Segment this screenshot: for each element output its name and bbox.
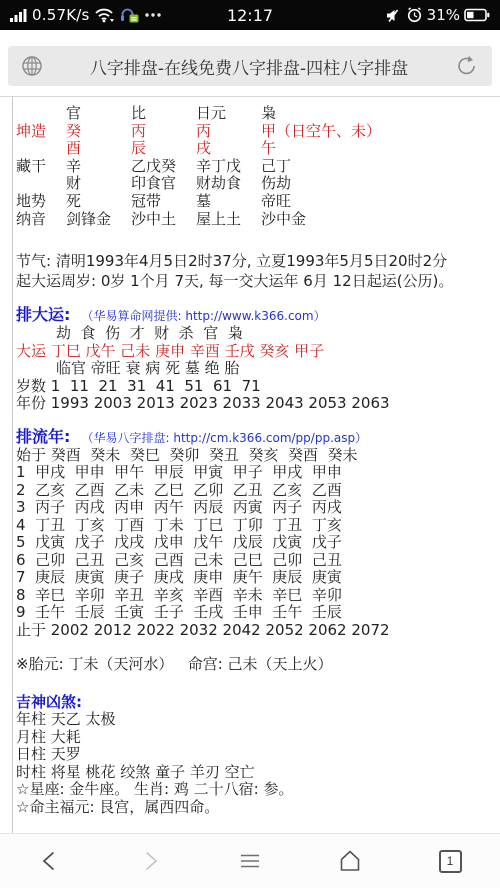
dayun-source-link[interactable]: （华易算命网提供: http://www.k366.com） <box>82 309 326 323</box>
battery-icon <box>464 8 490 22</box>
globe-icon <box>20 54 44 78</box>
pillar-row-label: 藏干 <box>16 158 66 176</box>
pillar-cell: 日元 <box>196 105 261 123</box>
status-bar: 0.57K/s 12:17 <box>0 0 500 30</box>
menu-button[interactable] <box>200 834 300 888</box>
pillar-cell: 财劫食 <box>196 175 261 193</box>
pillar-cell: 午 <box>261 140 381 158</box>
pillar-row: 官比日元枭 <box>16 105 381 123</box>
battery-percent: 31% <box>427 6 460 24</box>
dayun-heading-row: 排大运: （华易算命网提供: http://www.k366.com） <box>16 305 500 325</box>
dayun-table: 劫 食 伤 才 财 杀 官 枭大运 丁巳 戊午 己未 庚申 辛酉 壬戌 癸亥 甲… <box>16 325 500 413</box>
home-icon <box>335 846 365 876</box>
pillar-row: 纳音剑锋金沙中土屋上土沙中金 <box>16 211 381 229</box>
pillar-row-label: 地势 <box>16 193 66 211</box>
bottom-nav-bar: 1 <box>0 833 500 888</box>
pillar-cell: 墓 <box>196 193 261 211</box>
address-bar[interactable]: 八字排盘-在线免费八字排盘-四柱八字排盘 <box>8 46 492 86</box>
network-speed: 0.57K/s <box>32 6 90 24</box>
pillar-row-label <box>16 105 66 123</box>
pillar-cell: 官 <box>66 105 131 123</box>
liunian-row: 6 己卯 己丑 己亥 己酉 己未 己巳 己卯 己丑 <box>16 552 500 570</box>
liunian-table: 始于 癸酉 癸未 癸巳 癸卯 癸丑 癸亥 癸酉 癸未1 甲戌 甲申 甲午 甲辰 … <box>16 447 500 640</box>
dayun-age-row: 岁数 1 11 21 31 41 51 61 71 <box>16 378 500 396</box>
liunian-end-row: 止于 2002 2012 2022 2032 2042 2052 2062 20… <box>16 622 500 640</box>
pillar-cell: 伤劫 <box>261 175 381 193</box>
liunian-heading-row: 排流年: （华易八字排盘: http://cm.k366.com/pp/pp.a… <box>16 427 500 447</box>
jishen-line: ☆星座: 金牛座。 生肖: 鸡 二十八宿: 参。 <box>16 781 500 799</box>
signal-icon <box>10 8 27 22</box>
pillar-row: 藏干辛乙戊癸辛丁戊己丁 <box>16 158 381 176</box>
pillar-cell: 己丁 <box>261 158 381 176</box>
liunian-row: 7 庚辰 庚寅 庚子 庚戌 庚申 庚午 庚辰 庚寅 <box>16 569 500 587</box>
mute-icon <box>385 8 402 23</box>
pillar-row: 地势死冠带墓帝旺 <box>16 193 381 211</box>
clock-time: 12:17 <box>227 6 273 25</box>
pillar-table: 官比日元枭坤造癸丙丙甲（日空午、未）酉辰戌午藏干辛乙戊癸辛丁戊己丁财印食官财劫食… <box>16 105 381 228</box>
jishen-heading: 吉神凶煞: <box>16 693 500 711</box>
dayun-year-row: 年份 1993 2003 2013 2023 2033 2043 2053 20… <box>16 395 500 413</box>
pillar-cell: 比 <box>131 105 196 123</box>
pillar-cell: 沙中金 <box>261 211 381 229</box>
back-icon <box>35 846 65 876</box>
pillar-cell: 沙中土 <box>131 211 196 229</box>
pillar-cell: 酉 <box>66 140 131 158</box>
pillar-cell: 甲（日空午、未） <box>261 123 381 141</box>
pillar-row: 财印食官财劫食伤劫 <box>16 175 381 193</box>
pillar-cell: 辛丁戊 <box>196 158 261 176</box>
dayun-start-line: 起大运周岁: 0岁 1个月 7天, 每一交大运年 6月 12日起运(公历)。 <box>16 271 500 291</box>
liunian-row: 4 丁丑 丁亥 丁酉 丁未 丁巳 丁卯 丁丑 丁亥 <box>16 517 500 535</box>
more-dots-icon <box>144 12 162 18</box>
pillar-row-label <box>16 140 66 158</box>
pillar-cell: 印食官 <box>131 175 196 193</box>
jishen-line: 日柱 天罗 <box>16 746 500 764</box>
pillar-row-label <box>16 175 66 193</box>
pillar-cell: 帝旺 <box>261 193 381 211</box>
dayun-gods-row: 劫 食 伤 才 财 杀 官 枭 <box>16 325 500 343</box>
liunian-row: 9 壬午 壬辰 壬寅 壬子 壬戌 壬申 壬午 壬辰 <box>16 604 500 622</box>
status-right-group: 31% <box>385 6 490 24</box>
jieqi-block: 节气: 清明1993年4月5日2时37分, 立夏1993年5月5日20时2分 起… <box>16 251 500 291</box>
jieqi-line: 节气: 清明1993年4月5日2时37分, 立夏1993年5月5日20时2分 <box>16 251 500 271</box>
pillar-row: 坤造癸丙丙甲（日空午、未） <box>16 123 381 141</box>
dayun-ganzhi-row: 大运 丁巳 戊午 己未 庚申 辛酉 壬戌 癸亥 甲子 <box>16 343 500 361</box>
home-button[interactable] <box>300 834 400 888</box>
alarm-icon <box>406 7 423 23</box>
pillar-cell: 屋上土 <box>196 211 261 229</box>
jishen-line: ☆命主福元: 艮宫，属西四命。 <box>16 799 500 817</box>
dayun-stage-row: 临官 帝旺 衰 病 死 墓 绝 胎 <box>16 360 500 378</box>
jishen-line: 时柱 将星 桃花 绞煞 童子 羊刃 空亡 <box>16 764 500 782</box>
dayun-heading: 排大运: <box>16 305 70 324</box>
liunian-row: 3 丙子 丙戌 丙申 丙午 丙辰 丙寅 丙子 丙戌 <box>16 499 500 517</box>
jishen-line: 月柱 大耗 <box>16 729 500 747</box>
page-content-frame: 官比日元枭坤造癸丙丙甲（日空午、未）酉辰戌午藏干辛乙戊癸辛丁戊己丁财印食官财劫食… <box>0 96 500 836</box>
pillar-cell: 乙戊癸 <box>131 158 196 176</box>
forward-button[interactable] <box>100 834 200 888</box>
tabs-button[interactable]: 1 <box>400 834 500 888</box>
pillar-cell: 辰 <box>131 140 196 158</box>
pillar-cell: 财 <box>66 175 131 193</box>
pillar-row-label: 坤造 <box>16 123 66 141</box>
headset-icon <box>120 7 139 23</box>
menu-icon <box>235 846 265 876</box>
pillar-cell: 戌 <box>196 140 261 158</box>
jishen-line: 年柱 天乙 太极 <box>16 711 500 729</box>
taiyuan-line: ※胎元: 丁未（天河水） 命宫: 己未（天上火） <box>16 655 500 673</box>
liunian-row: 5 戊寅 戊子 戊戌 戊申 戊午 戊辰 戊寅 戊子 <box>16 534 500 552</box>
liunian-source-link[interactable]: （华易八字排盘: http://cm.k366.com/pp/pp.asp） <box>82 431 368 445</box>
browser-screen: 0.57K/s 12:17 <box>0 0 500 888</box>
liunian-row: 1 甲戌 甲申 甲午 甲辰 甲寅 甲子 甲戌 甲申 <box>16 464 500 482</box>
pillar-cell: 死 <box>66 193 131 211</box>
jishen-block: 年柱 天乙 太极月柱 大耗日柱 天罗时柱 将星 桃花 绞煞 童子 羊刃 空亡☆星… <box>16 711 500 816</box>
pillar-cell: 癸 <box>66 123 131 141</box>
liunian-row: 2 乙亥 乙酉 乙未 乙巳 乙卯 乙丑 乙亥 乙酉 <box>16 482 500 500</box>
pillar-cell: 枭 <box>261 105 381 123</box>
forward-icon <box>135 846 165 876</box>
tab-count: 1 <box>447 854 454 868</box>
pillar-row: 酉辰戌午 <box>16 140 381 158</box>
page-content: 官比日元枭坤造癸丙丙甲（日空午、未）酉辰戌午藏干辛乙戊癸辛丁戊己丁财印食官财劫食… <box>12 97 500 836</box>
refresh-icon[interactable] <box>454 53 480 79</box>
pillar-cell: 丙 <box>131 123 196 141</box>
wifi-icon <box>95 8 115 23</box>
address-bar-area: 八字排盘-在线免费八字排盘-四柱八字排盘 <box>0 30 500 96</box>
page-title: 八字排盘-在线免费八字排盘-四柱八字排盘 <box>44 54 454 79</box>
status-left-group: 0.57K/s <box>10 6 162 24</box>
liunian-row: 8 辛巳 辛卯 辛丑 辛亥 辛酉 辛未 辛巳 辛卯 <box>16 587 500 605</box>
liunian-heading: 排流年: <box>16 427 70 446</box>
pillar-cell: 辛 <box>66 158 131 176</box>
pillar-row-label: 纳音 <box>16 211 66 229</box>
pillar-cell: 丙 <box>196 123 261 141</box>
back-button[interactable] <box>0 834 100 888</box>
liunian-start-row: 始于 癸酉 癸未 癸巳 癸卯 癸丑 癸亥 癸酉 癸未 <box>16 447 500 465</box>
tabs-icon: 1 <box>439 850 462 873</box>
pillar-cell: 剑锋金 <box>66 211 131 229</box>
pillar-cell: 冠带 <box>131 193 196 211</box>
